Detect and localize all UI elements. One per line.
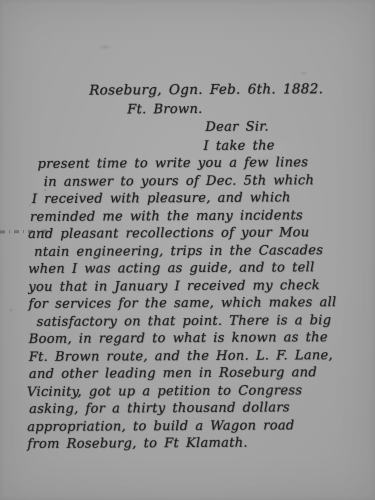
letter-line: I take the [203,136,374,155]
letter-line: and other leading men in Roseburg and [29,364,375,384]
letter: Roseburg, Ogn. Feb. 6th. 1882. Ft. Brown… [0,0,375,454]
scanned-letter-page: Roseburg, Ogn. Feb. 6th. 1882. Ft. Brown… [0,0,375,500]
letter-line: satisfactory on that point. There is a b… [37,311,375,331]
letter-salutation: Dear Sir. [205,118,374,138]
letter-line: Vicinity, got up a petition to Congress [27,381,375,401]
letter-line: appropriation, to build a Wagon road [27,416,375,436]
letter-line: in answer to yours of Dec. 5th which [44,171,375,191]
letter-line: reminded me with the many incidents [30,206,375,226]
letter-line: present time to write you a few lines [38,154,375,174]
letter-line: asking, for a thirty thousand dollars [29,399,375,419]
letter-dateline: Roseburg, Ogn. Feb. 6th. 1882. [89,81,374,101]
letter-line: from Roseburg, to Ft Klamath. [27,434,375,454]
letter-line: Boom, in regard to what is known as the [29,329,375,349]
letter-line: for services for the same, which makes a… [28,294,375,314]
letter-line: ntain engineering, trips in the Cascades [34,241,375,261]
letter-addressee: Ft. Brown. [127,99,374,119]
letter-line: I received with pleasure, and which [32,189,375,209]
letter-line: when I was acting as guide, and to tell [28,259,375,279]
letter-body: I take thepresent time to write you a fe… [0,136,375,453]
letter-line: Ft. Brown route, and the Hon. L. F. Lane… [29,346,375,366]
letter-line: you that in January I received my check [28,276,375,296]
letter-line: and pleasant recollections of your Mou [28,224,375,244]
